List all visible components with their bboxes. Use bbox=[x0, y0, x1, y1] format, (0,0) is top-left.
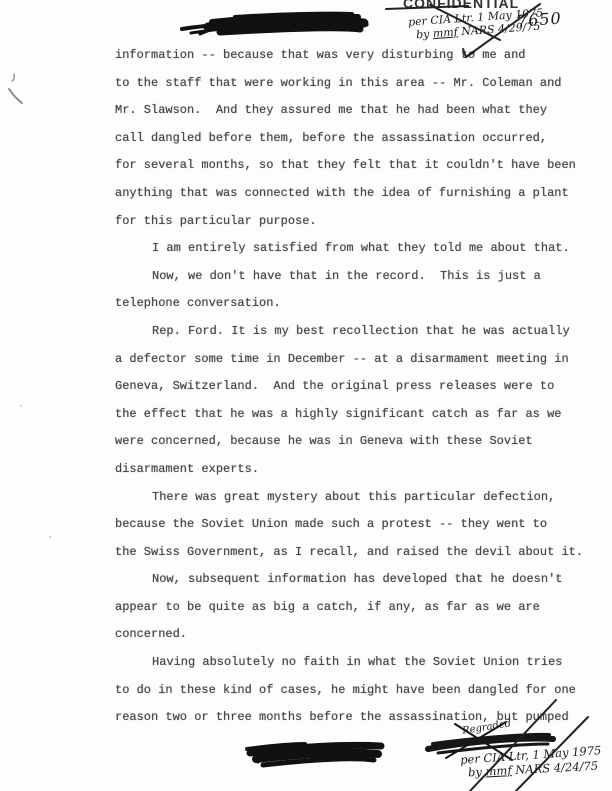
document-line: Now, we don't have that in the record. T… bbox=[115, 263, 597, 291]
document-line: to the staff that were working in this a… bbox=[115, 70, 597, 98]
document-line: disarmament experts. bbox=[115, 456, 597, 484]
margin-pen-mark bbox=[9, 74, 51, 538]
document-line: because the Soviet Union made such a pro… bbox=[115, 511, 597, 539]
document-line: Now, subsequent information has develope… bbox=[115, 566, 597, 594]
by-prefix: by bbox=[468, 764, 486, 779]
document-line: appear to be quite as big a catch, if an… bbox=[115, 594, 597, 622]
document-line: Geneva, Switzerland. And the original pr… bbox=[115, 373, 597, 401]
document-line: anything that was connected with the ide… bbox=[115, 180, 597, 208]
document-line: Mr. Slawson. And they assured me that he… bbox=[115, 97, 597, 125]
document-line: There was great mystery about this parti… bbox=[115, 484, 597, 512]
document-line: the effect that he was a highly signific… bbox=[115, 401, 597, 429]
document-line: to do in these kind of cases, he might h… bbox=[115, 677, 597, 705]
document-line: concerned. bbox=[115, 621, 597, 649]
document-line: reason two or three months before the as… bbox=[115, 704, 597, 732]
document-line: call dangled before them, before the ass… bbox=[115, 125, 597, 153]
document-line: I am entirely satisfied from what they t… bbox=[115, 235, 597, 263]
document-line: the Swiss Government, as I recall, and r… bbox=[115, 539, 597, 567]
document-line: were concerned, because he was in Geneva… bbox=[115, 428, 597, 456]
reviewer-initials: mmf bbox=[432, 25, 458, 40]
typed-text-block: information -- because that was very dis… bbox=[115, 42, 597, 732]
by-prefix: by bbox=[416, 27, 434, 41]
document-page: CONFIDENTIAL per CIA Ltr. 1 May 1975 by … bbox=[0, 0, 612, 791]
document-line: Having absolutely no faith in what the S… bbox=[115, 649, 597, 677]
document-number: 7650 bbox=[516, 8, 562, 30]
reviewer-initials: mmf bbox=[485, 763, 512, 778]
document-line: a defector some time in December -- at a… bbox=[115, 346, 597, 374]
redaction-scribble-top bbox=[182, 14, 367, 34]
document-line: information -- because that was very dis… bbox=[115, 42, 597, 70]
redaction-scribble-bottom bbox=[247, 744, 381, 765]
document-line: for this particular purpose. bbox=[115, 208, 597, 236]
document-line: telephone conversation. bbox=[115, 290, 597, 318]
document-line: Rep. Ford. It is my best recollection th… bbox=[115, 318, 597, 346]
document-line: for several months, so that they felt th… bbox=[115, 152, 597, 180]
